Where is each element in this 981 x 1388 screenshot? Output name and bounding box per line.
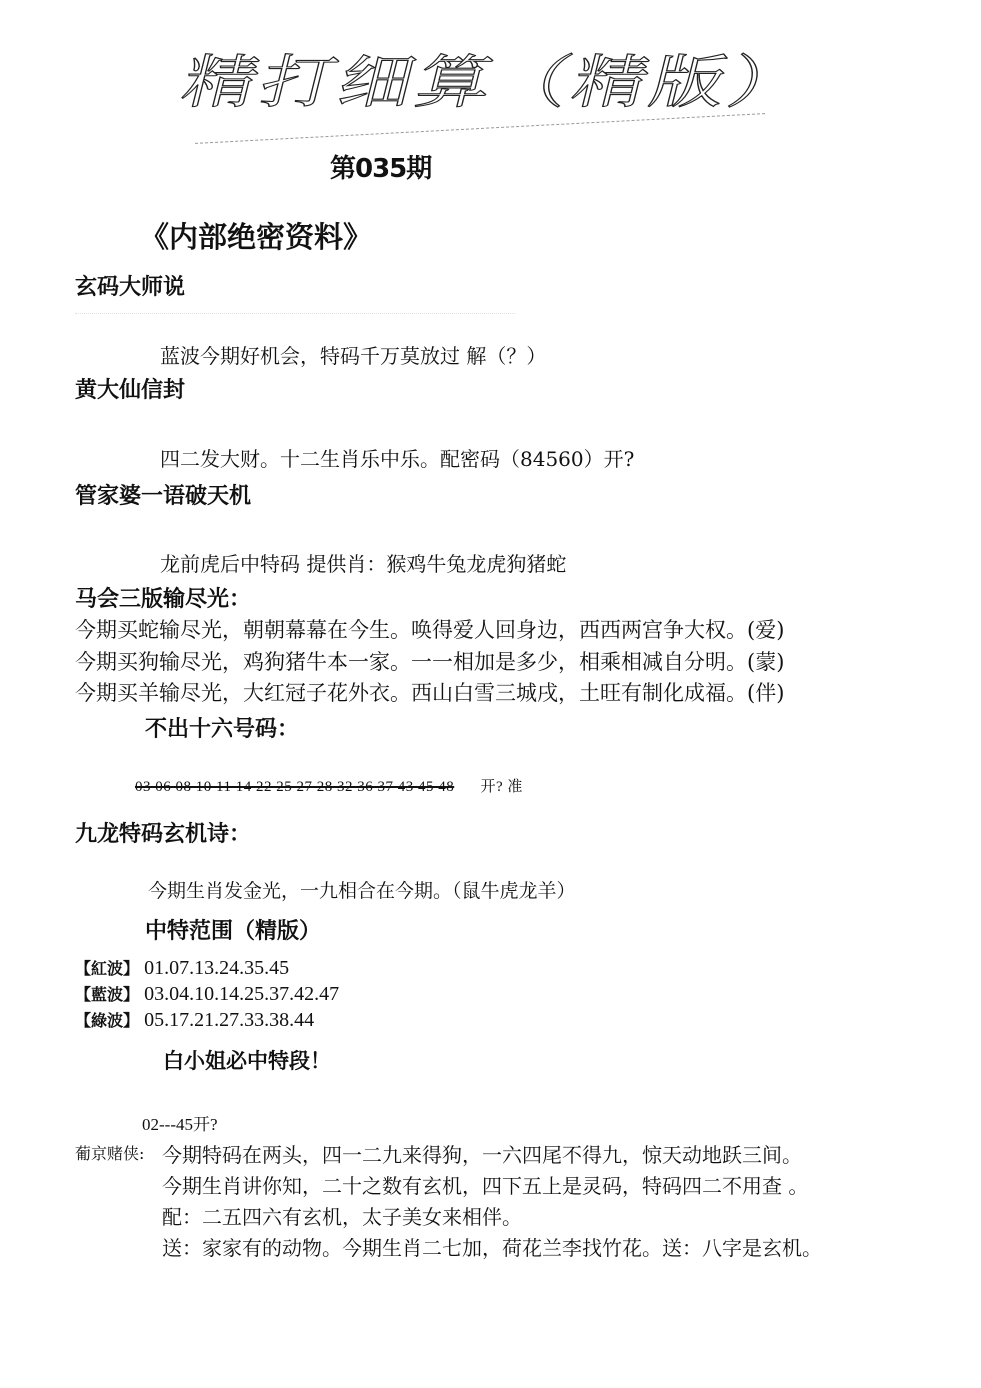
section-heading-buchu: 不出十六号码：	[145, 712, 299, 743]
huangdaxian-text: 四二发大财。十二生肖乐中乐。配密码（84560）开?	[160, 443, 634, 472]
section-heading-jiulong: 九龙特码玄机诗：	[75, 817, 251, 848]
wave-row-green: 【綠波】 05.17.21.27.33.38.44	[75, 1008, 314, 1032]
pujing-label: 葡京赌侠:	[75, 1141, 144, 1164]
issue-number: 第035期	[330, 148, 431, 185]
guanjiapo-text: 龙前虎后中特码 提供肖：猴鸡牛兔龙虎狗猪蛇	[160, 548, 566, 577]
xuanma-text: 蓝波今期好机会，特码千万莫放过 解（？）	[160, 340, 546, 369]
document-title: 《内部绝密资料》	[140, 215, 372, 256]
section-heading-zhongte: 中特范围（精版）	[145, 914, 321, 945]
mahui-line: 今期买羊输尽光，大红冠子花外衣。西山白雪三城戌，土旺有制化成福。(伴)	[75, 677, 784, 707]
wave-numbers: 01.07.13.24.35.45	[144, 957, 289, 979]
faint-divider	[75, 313, 515, 314]
excluded-numbers: 03 06 08 10 11 14 22 25 27 28 32 36 37 4…	[135, 775, 523, 796]
mahui-line: 今期买蛇输尽光，朝朝幕幕在今生。唤得爱人回身边，西西两宫争大权。(爱)	[75, 614, 784, 644]
wave-row-red: 【紅波】 01.07.13.24.35.45	[75, 956, 289, 980]
pujing-line: 今期生肖讲你知，二十之数有玄机，四下五上是灵码，特码四二不用查 。	[162, 1170, 808, 1199]
pujing-line: 配：二五四六有玄机，太子美女来相伴。	[162, 1201, 522, 1230]
section-heading-huangdaxian: 黄大仙信封	[75, 373, 185, 404]
art-title: 精打细算（精版）	[185, 25, 775, 135]
pujing-line: 今期特码在两头，四一二九来得狗，一六四尾不得九，惊天动地跃三间。	[162, 1139, 802, 1168]
wave-label: 【綠波】	[75, 1011, 139, 1030]
jiulong-text: 今期生肖发金光，一九相合在今期。（鼠牛虎龙羊）	[148, 876, 576, 903]
section-heading-mahui: 马会三版输尽光：	[75, 582, 251, 613]
wave-label: 【藍波】	[75, 985, 139, 1004]
struck-number-list: 03 06 08 10 11 14 22 25 27 28 32 36 37 4…	[135, 779, 454, 795]
section-heading-xuanma: 玄码大师说	[75, 270, 185, 301]
pujing-line: 送：家家有的动物。今期生肖二七加，荷花兰李找竹花。送：八字是玄机。	[162, 1232, 822, 1261]
excluded-suffix: 开? 准	[480, 779, 522, 795]
mahui-line: 今期买狗输尽光，鸡狗猪牛本一家。一一相加是多少，相乘相减自分明。(蒙)	[75, 646, 784, 676]
section-heading-baixiaojie: 白小姐必中特段！	[163, 1045, 331, 1075]
wave-numbers: 05.17.21.27.33.38.44	[144, 1009, 314, 1031]
section-heading-guanjiapo: 管家婆一语破天机	[75, 479, 251, 510]
wave-row-blue: 【藍波】 03.04.10.14.25.37.42.47	[75, 982, 339, 1006]
baixiaojie-range: 02---45开?	[142, 1110, 218, 1135]
wave-numbers: 03.04.10.14.25.37.42.47	[144, 983, 339, 1005]
wave-label: 【紅波】	[75, 959, 139, 978]
